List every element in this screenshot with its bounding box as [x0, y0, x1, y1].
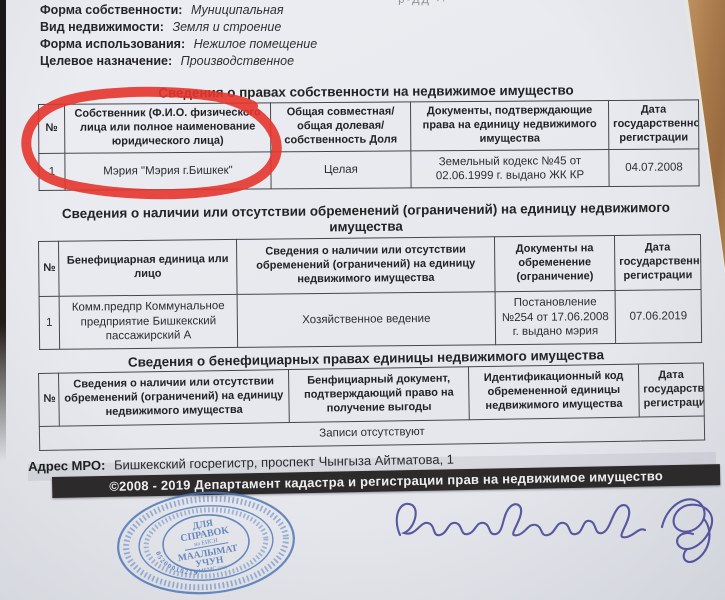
cell-owner: Мэрия "Мэрия г.Бишкек": [65, 152, 271, 190]
table-row: 1 Комм.предпр Коммунальное предприятие Б…: [39, 290, 702, 350]
col-owner: Собственник (Ф.И.О. физического лица или…: [65, 103, 271, 153]
signature-tail-stroke: [684, 519, 710, 562]
cell-beneficiary: Комм.предпр Коммунальное предприятие Биш…: [59, 294, 238, 349]
col-identification-code: Идентификационный код обремененной едини…: [468, 364, 639, 420]
field-label: Вид недвижимости:: [40, 20, 164, 34]
cell-documents: Земельный кодекс №45 от 02.06.1999 г. вы…: [411, 150, 609, 188]
cell-share: Целая: [271, 151, 411, 189]
cell-number: 1: [39, 153, 65, 190]
col-reg-date: Дата государственной регистрации: [638, 363, 704, 417]
field-value: Производственное: [181, 54, 294, 68]
col-encumbrance-info: Сведения о наличии или отсутствии обреме…: [236, 237, 495, 295]
cell-encumbrance-info: Хозяйственное ведение: [237, 292, 496, 348]
field-property-type: Вид недвижимости: Земля и строение: [40, 19, 317, 36]
field-label: Целевое назначение:: [40, 54, 172, 68]
col-number: №: [39, 104, 65, 153]
official-stamp: ДЛЯ СПРАВОК на ЕИСН МААЛЫМАТ УЧУН КМБМС …: [112, 491, 302, 600]
address-label: Адрес МРО:: [28, 458, 106, 474]
col-encumbrance-info: Сведения о наличии или отсутствии обреме…: [59, 370, 290, 427]
field-label: Форма собственности:: [40, 3, 182, 17]
photo-left-edge: [0, 0, 6, 462]
handwritten-signature: [386, 477, 725, 573]
field-value: Муниципальная: [191, 3, 284, 17]
ownership-table: № Собственник (Ф.И.О. физического лица и…: [38, 99, 700, 191]
encumbrances-table: № Бенефициарная единица или лицо Сведени…: [38, 234, 702, 350]
col-documents: Документы, подтверждающие права на едини…: [410, 101, 608, 151]
col-share: Общая совместная/ общая долевая/ собстве…: [270, 102, 410, 152]
col-beneficial-document: Бенфициарный документ, подтверждающий пр…: [288, 367, 469, 423]
field-usage-form: Форма использования: Нежилое помещение: [40, 36, 317, 53]
document-photo: ·· р-ДД ·· Форма собственности: Муниципа…: [0, 0, 725, 600]
property-attributes: Форма собственности: Муниципальная Вид н…: [40, 2, 317, 70]
cell-reg-date: 07.06.2019: [615, 290, 702, 344]
field-value: Земля и строение: [172, 20, 281, 34]
col-beneficiary: Бенефициарная единица или лицо: [59, 239, 238, 296]
beneficial-rights-table: № Сведения о наличии или отсутствии обре…: [38, 363, 705, 451]
col-documents: Документы на обременение (ограничение): [494, 235, 615, 291]
cutoff-text-fragment: ·· р-ДД ··: [382, 0, 448, 7]
table-row: 1 Мэрия "Мэрия г.Бишкек" Целая Земельный…: [39, 149, 699, 191]
col-number: №: [39, 241, 60, 296]
field-value: Нежилое помещение: [194, 37, 318, 51]
col-reg-date: Дата государственной регистрации: [608, 100, 698, 150]
field-label: Форма использования:: [40, 37, 185, 51]
cell-documents: Постановление №254 от 17.06.2008 г. выда…: [495, 290, 616, 344]
section-title-ownership: Сведения о правах собственности на недви…: [35, 82, 697, 102]
section-title-encumbrances: Сведения о наличии или отсутствии обреме…: [35, 200, 697, 239]
field-purpose: Целевое назначение: Производственное: [40, 53, 317, 70]
cell-number: 1: [39, 296, 60, 349]
col-number: №: [39, 373, 60, 426]
signature-flourish-stroke: [662, 499, 712, 549]
signature-surname-stroke: [397, 504, 645, 537]
cell-reg-date: 04.07.2008: [609, 149, 699, 187]
table-header-row: № Бенефициарная единица или лицо Сведени…: [39, 235, 702, 297]
table-header-row: № Собственник (Ф.И.О. физического лица и…: [39, 100, 699, 154]
field-ownership-form: Форма собственности: Муниципальная: [40, 2, 317, 19]
col-reg-date: Дата государственной регистрации: [614, 235, 701, 291]
